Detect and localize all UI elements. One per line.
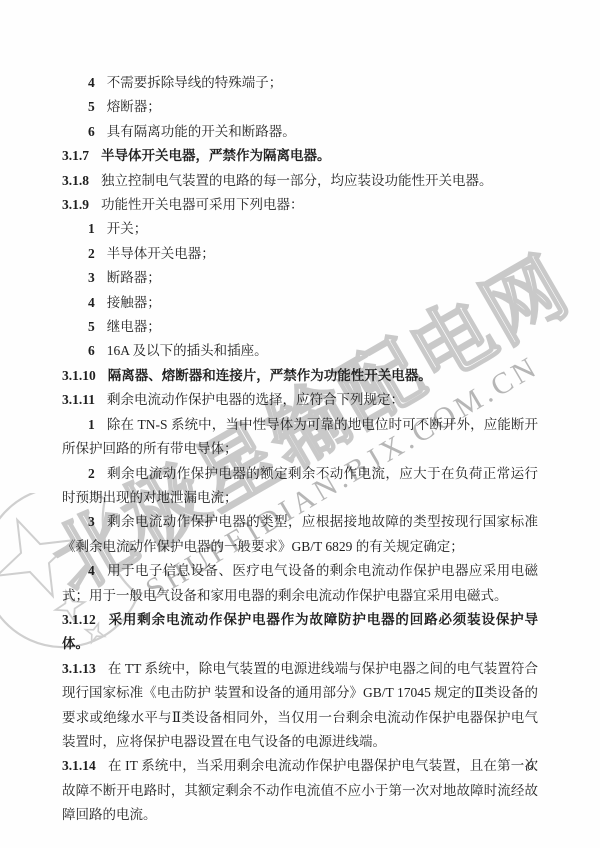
section-text: 剩余电流动作保护电器的选择，应符合下列规定： bbox=[107, 392, 404, 407]
list-item-text: 半导体开关电器； bbox=[107, 246, 215, 261]
list-item-number: 6 bbox=[88, 124, 95, 139]
section-paragraph: 3.1.10隔离器、熔断器和连接片，严禁作为功能性开关电器。 bbox=[62, 364, 538, 388]
list-item-number: 5 bbox=[88, 319, 95, 334]
list-item-number: 1 bbox=[88, 221, 95, 236]
list-item-text: 断路器； bbox=[107, 270, 161, 285]
list-item-paragraph: 4不需要拆除导线的特殊端子； bbox=[62, 71, 538, 95]
list-item-number: 3 bbox=[88, 514, 95, 529]
list-item-text: 接触器； bbox=[107, 295, 161, 310]
list-item-number: 4 bbox=[88, 295, 95, 310]
list-item-paragraph: 6具有隔离功能的开关和断路器。 bbox=[62, 120, 538, 144]
list-item-text: 剩余电流动作保护电器的类型，应根据接地故障的类型按现行国家标准《剩余电流动作保护… bbox=[62, 514, 538, 553]
list-item-number: 3 bbox=[88, 270, 95, 285]
section-text: 独立控制电气装置的电路的每一部分，均应装设功能性开关电器。 bbox=[101, 173, 493, 188]
list-item-text: 用于电子信息设备、医疗电气设备的剩余电流动作保护电器应采用电磁式；用于一般电气设… bbox=[62, 563, 538, 602]
section-number: 3.1.10 bbox=[62, 368, 96, 383]
section-paragraph: 3.1.9功能性开关电器可采用下列电器： bbox=[62, 193, 538, 217]
list-item-paragraph: 3断路器； bbox=[62, 266, 538, 290]
list-item-paragraph: 616A 及以下的插头和插座。 bbox=[62, 339, 538, 363]
section-text: 在 TT 系统中，除电气装置的电源进线端与保护电器之间的电气装置符合现行国家标准… bbox=[62, 661, 538, 749]
section-paragraph: 3.1.13在 TT 系统中，除电气装置的电源进线端与保护电器之间的电气装置符合… bbox=[62, 657, 538, 755]
list-item-number: 2 bbox=[88, 466, 95, 481]
list-item-text: 具有隔离功能的开关和断路器。 bbox=[107, 124, 296, 139]
list-item-number: 4 bbox=[88, 75, 95, 90]
list-item-number: 5 bbox=[88, 99, 95, 114]
document-page: 北极星输配电网 SHUPEIDIAN.BJX.COM.CN 4不需要拆除导线的特… bbox=[0, 0, 600, 848]
list-item-paragraph: 1除在 TN-S 系统中，当中性导体为可靠的地电位时可不断开外，应能断开所保护回… bbox=[62, 413, 538, 462]
list-item-text: 开关； bbox=[107, 221, 148, 236]
section-paragraph: 3.1.11剩余电流动作保护电器的选择，应符合下列规定： bbox=[62, 388, 538, 412]
list-item-paragraph: 4用于电子信息设备、医疗电气设备的剩余电流动作保护电器应采用电磁式；用于一般电气… bbox=[62, 559, 538, 608]
section-number: 3.1.7 bbox=[62, 148, 89, 163]
section-text: 隔离器、熔断器和连接片，严禁作为功能性开关电器。 bbox=[108, 368, 432, 383]
list-item-text: 16A 及以下的插头和插座。 bbox=[107, 343, 268, 358]
list-item-paragraph: 5继电器； bbox=[62, 315, 538, 339]
page-number: 6 bbox=[527, 758, 534, 774]
list-item-paragraph: 2半导体开关电器； bbox=[62, 242, 538, 266]
list-item-number: 6 bbox=[88, 343, 95, 358]
section-number: 3.1.9 bbox=[62, 197, 89, 212]
section-text: 在 IT 系统中，当采用剩余电流动作保护电器保护电气装置，且在第一次故障不断开电… bbox=[62, 758, 538, 822]
section-paragraph: 3.1.14在 IT 系统中，当采用剩余电流动作保护电器保护电气装置，且在第一次… bbox=[62, 754, 538, 827]
section-number: 3.1.12 bbox=[62, 612, 96, 627]
section-number: 3.1.11 bbox=[62, 392, 95, 407]
section-number: 3.1.8 bbox=[62, 173, 89, 188]
document-body: 4不需要拆除导线的特殊端子；5熔断器；6具有隔离功能的开关和断路器。3.1.7半… bbox=[62, 71, 538, 828]
section-text: 采用剩余电流动作保护电器作为故障防护电器的回路必须装设保护导体。 bbox=[62, 612, 538, 651]
list-item-text: 继电器； bbox=[107, 319, 161, 334]
list-item-paragraph: 1开关； bbox=[62, 217, 538, 241]
section-text: 半导体开关电器，严禁作为隔离电器。 bbox=[101, 148, 331, 163]
list-item-text: 除在 TN-S 系统中，当中性导体为可靠的地电位时可不断开外，应能断开所保护回路… bbox=[62, 417, 538, 456]
list-item-number: 2 bbox=[88, 246, 95, 261]
list-item-text: 不需要拆除导线的特殊端子； bbox=[107, 75, 283, 90]
list-item-paragraph: 3剩余电流动作保护电器的类型，应根据接地故障的类型按现行国家标准《剩余电流动作保… bbox=[62, 510, 538, 559]
section-text: 功能性开关电器可采用下列电器： bbox=[101, 197, 304, 212]
list-item-paragraph: 5熔断器； bbox=[62, 95, 538, 119]
section-paragraph: 3.1.7半导体开关电器，严禁作为隔离电器。 bbox=[62, 144, 538, 168]
list-item-number: 4 bbox=[88, 563, 95, 578]
list-item-paragraph: 2剩余电流动作保护电器的额定剩余不动作电流，应大于在负荷正常运行时预期出现的对地… bbox=[62, 462, 538, 511]
section-number: 3.1.13 bbox=[62, 661, 96, 676]
list-item-text: 剩余电流动作保护电器的额定剩余不动作电流，应大于在负荷正常运行时预期出现的对地泄… bbox=[62, 466, 538, 505]
list-item-number: 1 bbox=[88, 417, 95, 432]
section-number: 3.1.14 bbox=[62, 758, 96, 773]
list-item-text: 熔断器； bbox=[107, 99, 161, 114]
list-item-paragraph: 4接触器； bbox=[62, 291, 538, 315]
section-paragraph: 3.1.8独立控制电气装置的电路的每一部分，均应装设功能性开关电器。 bbox=[62, 169, 538, 193]
section-paragraph: 3.1.12采用剩余电流动作保护电器作为故障防护电器的回路必须装设保护导体。 bbox=[62, 608, 538, 657]
